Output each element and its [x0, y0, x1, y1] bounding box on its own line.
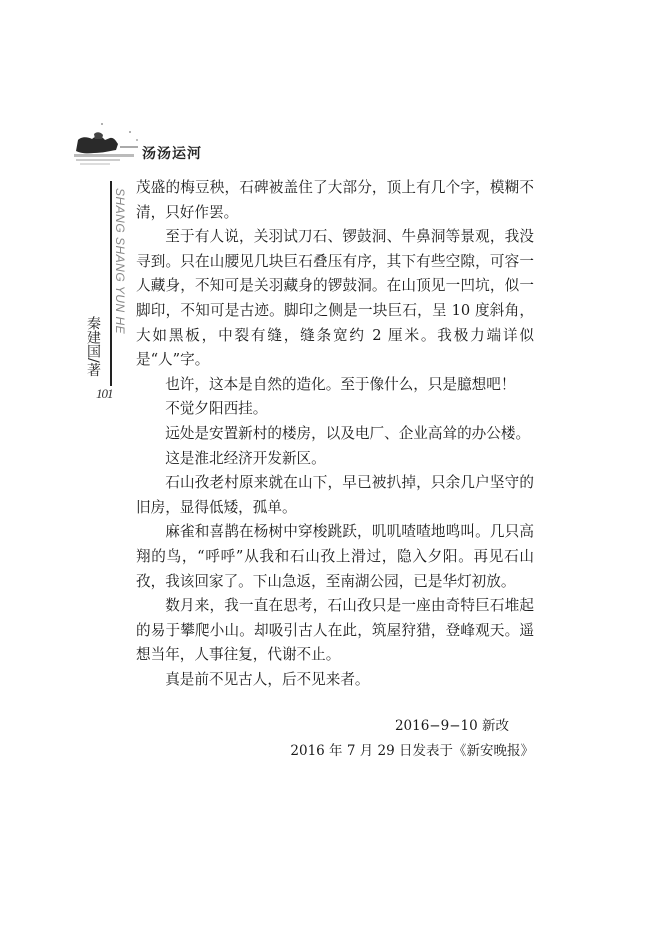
ink-landscape-icon — [72, 120, 144, 178]
paragraph: 至于有人说，关羽试刀石、锣鼓洞、牛鼻洞等景观，我没寻到。只在山腰见几块巨石叠压有… — [136, 225, 534, 373]
paragraph: 这是淮北经济开发新区。 — [136, 447, 534, 472]
revision-date: 2016−9−10 新改 — [395, 714, 509, 734]
chapter-title: 汤汤运河 — [142, 143, 202, 163]
paragraph: 也许，这本是自然的造化。至于像什么，只是臆想吧！ — [136, 373, 534, 398]
side-divider — [110, 181, 112, 386]
paragraph: 数月来，我一直在思考，石山孜只是一座由奇特巨石堆起的易于攀爬小山。却吸引古人在此… — [136, 594, 534, 668]
paragraph: 石山孜老村原来就在山下，早已被扒掉，只余几户坚守的旧房，显得低矮，孤单。 — [136, 471, 534, 520]
paragraph: 远处是安置新村的楼房，以及电厂、企业高耸的办公楼。 — [136, 422, 534, 447]
paragraph: 麻雀和喜鹊在杨树中穿梭跳跃，叽叽喳喳地鸣叫。几只高翔的鸟，“呼呼”从我和石山孜上… — [136, 520, 534, 594]
book-title-pinyin: SHANG SHANG YUN HE — [113, 188, 127, 334]
paragraph: 茂盛的梅豆秧，石碑被盖住了大部分，顶上有几个字，模糊不清，只好作罢。 — [136, 176, 534, 225]
page-number: 101 — [96, 386, 113, 402]
body-text: 茂盛的梅豆秧，石碑被盖住了大部分，顶上有几个字，模糊不清，只好作罢。 至于有人说… — [136, 176, 534, 692]
author-credit: 秦建国/著 — [86, 316, 100, 377]
paragraph: 不觉夕阳西挂。 — [136, 397, 534, 422]
paragraph: 真是前不见古人，后不见来者。 — [136, 668, 534, 693]
publication-note: 2016 年 7 月 29 日发表于《新安晚报》 — [290, 739, 534, 759]
